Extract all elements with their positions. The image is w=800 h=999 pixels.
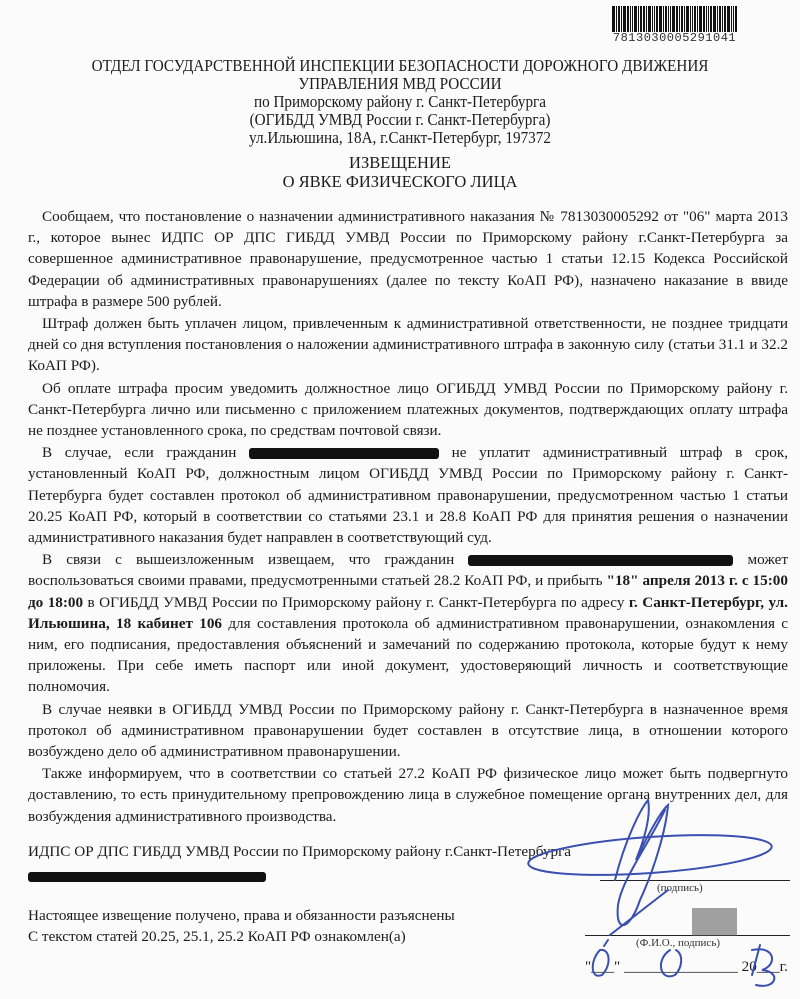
receipt-block: Настоящее извещение получено, права и об… [28,905,455,947]
paragraph-payment-notice: Об оплате штрафа просим уведомить должно… [28,378,788,442]
paragraph-decision: Сообщаем, что постановление о назначении… [28,206,788,312]
date-field: "___" _______________ 20___г. [585,958,788,976]
officer-block: ИДПС ОР ДПС ГИБДД УМВД России по Приморс… [28,842,571,886]
signature-line [600,880,790,881]
signature-caption: (подпись) [657,882,703,894]
paragraph-detention: Также информируем, что в соответствии со… [28,763,788,827]
notice-body: Сообщаем, что постановление о назначении… [28,206,788,828]
receipt-line-1: Настоящее извещение получено, права и об… [28,905,455,926]
document-page: 7813030005291041 ОТДЕЛ ГОСУДАРСТВЕННОЙ И… [0,0,800,999]
barcode: 7813030005291041 [572,6,777,44]
receipt-line-2: С текстом статей 20.25, 25.1, 25.2 КоАП … [28,926,455,947]
header-line: ул.Ильюшина, 18А, г.Санкт-Петербург, 197… [32,129,768,147]
fio-signature-line [585,935,790,936]
fio-caption: (Ф.И.О., подпись) [636,937,720,949]
barcode-number: 7813030005291041 [572,32,777,44]
paragraph-non-appearance: В случае неявки в ОГИБДД УМВД России по … [28,699,788,763]
barcode-bars [572,6,777,32]
header-line: (ОГИБДД УМВД России г. Санкт-Петербурга) [32,111,768,129]
agency-header: ОТДЕЛ ГОСУДАРСТВЕННОЙ ИНСПЕКЦИИ БЕЗОПАСН… [0,57,800,147]
title-line-2: О ЯВКЕ ФИЗИЧЕСКОГО ЛИЦА [0,172,800,191]
redacted-name [468,555,733,566]
redacted-officer-name [28,872,266,882]
officer-title: ИДПС ОР ДПС ГИБДД УМВД России по Приморс… [28,842,571,862]
paragraph-payment-deadline: Штраф должен быть уплачен лицом, привлеч… [28,313,788,377]
title-line-1: ИЗВЕЩЕНИЕ [0,153,800,172]
redacted-signature-noise [692,908,737,936]
header-line: УПРАВЛЕНИЯ МВД РОССИИ [32,75,768,93]
header-line: по Приморскому району г. Санкт-Петербург… [32,93,768,111]
paragraph-appearance: В связи с вышеизложенным извещаем, что г… [28,549,788,697]
redacted-name [249,448,439,459]
header-line: ОТДЕЛ ГОСУДАРСТВЕННОЙ ИНСПЕКЦИИ БЕЗОПАСН… [32,57,768,75]
document-title: ИЗВЕЩЕНИЕ О ЯВКЕ ФИЗИЧЕСКОГО ЛИЦА [0,153,800,191]
paragraph-nonpayment: В случае, если гражданин не уплатит адми… [28,442,788,548]
